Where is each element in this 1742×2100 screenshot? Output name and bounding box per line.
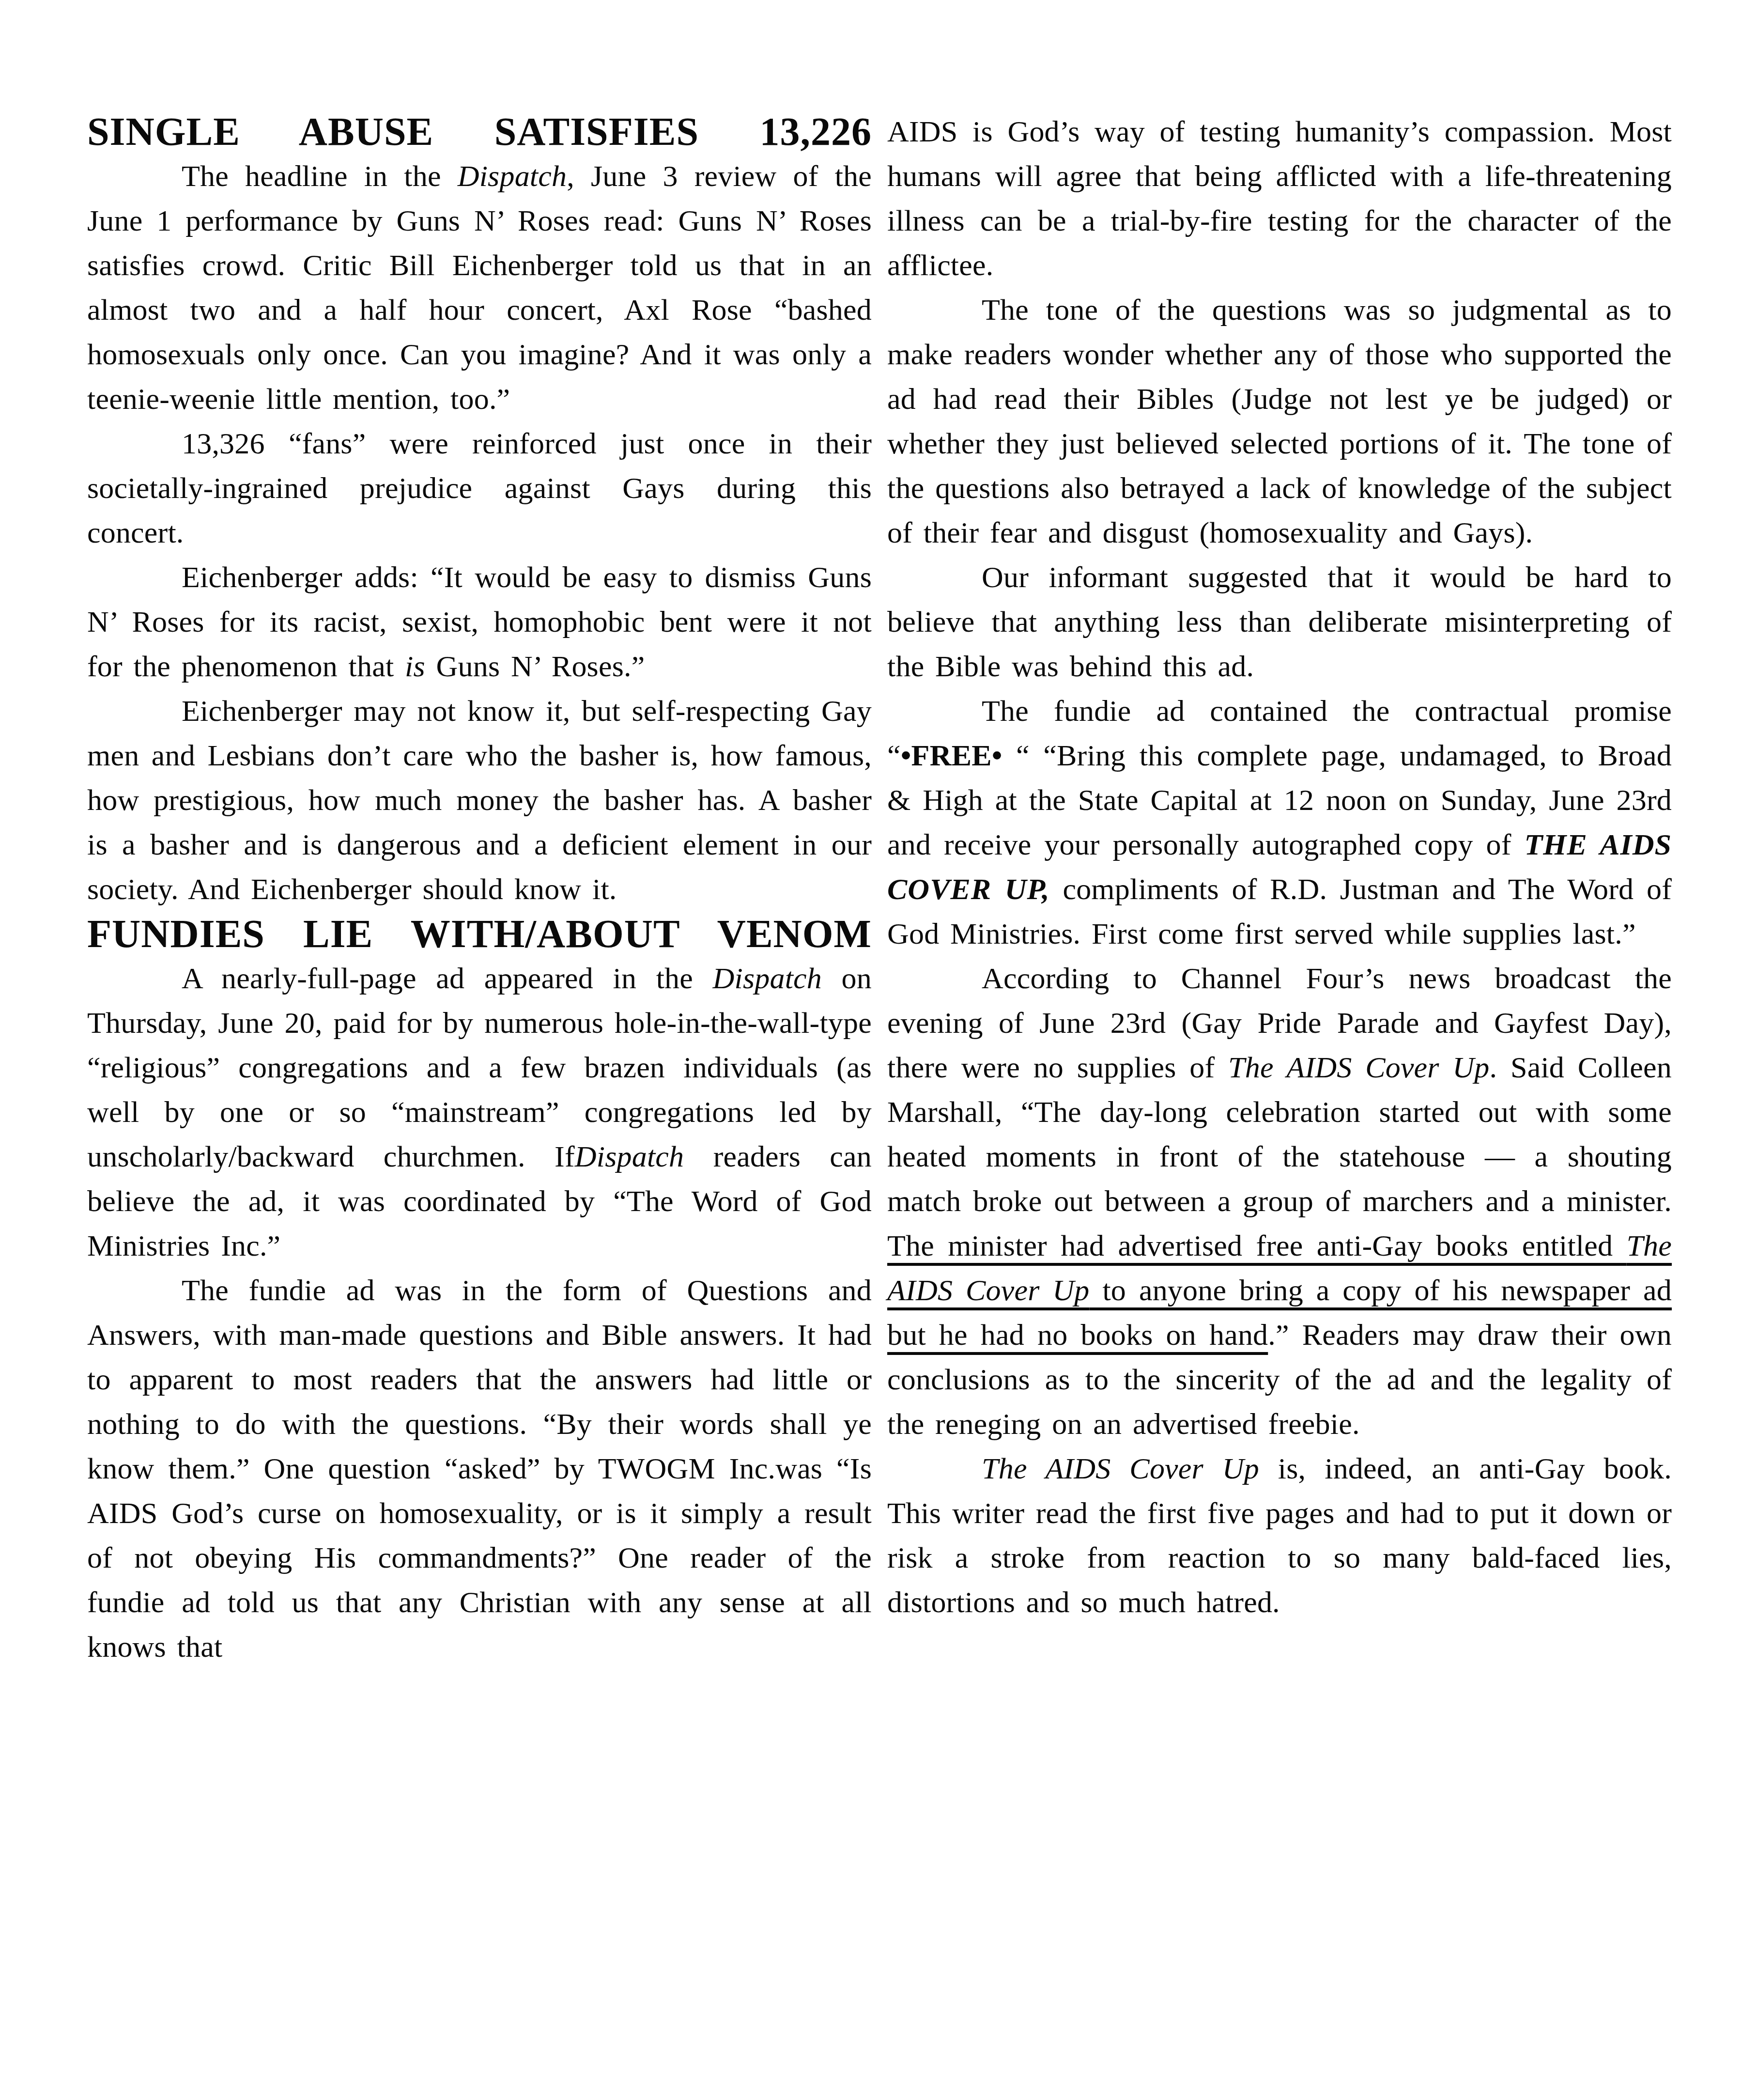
text-run: The AIDS Cover Up bbox=[1228, 1051, 1489, 1084]
text-run: Dispatch bbox=[458, 160, 567, 193]
text-run: The AIDS Cover Up bbox=[982, 1452, 1259, 1485]
newsletter-page: SINGLE ABUSE SATISFIES 13,226The headlin… bbox=[0, 0, 1742, 2100]
text-run: Our informant suggested that it would be… bbox=[887, 561, 1672, 683]
text-run: is bbox=[405, 650, 425, 683]
text-run: The tone of the questions was so judgmen… bbox=[887, 294, 1672, 549]
para-fans-reinforced: 13,326 “fans” were reinforced just once … bbox=[87, 421, 872, 555]
left-column: SINGLE ABUSE SATISFIES 13,226The headlin… bbox=[87, 109, 872, 1669]
text-run: A nearly-full-page ad appeared in the bbox=[182, 962, 713, 995]
para-dispatch-review: The headline in the Dispatch, June 3 rev… bbox=[87, 154, 872, 421]
para-tone-judgmental: The tone of the questions was so judgmen… bbox=[887, 288, 1672, 555]
para-basher: Eichenberger may not know it, but self-r… bbox=[87, 689, 872, 912]
text-run: The headline in the bbox=[182, 160, 458, 193]
text-run: Dispatch bbox=[713, 962, 822, 995]
para-eichenberger-adds: Eichenberger adds: “It would be easy to … bbox=[87, 555, 872, 689]
headline-fundies-lie: FUNDIES LIE WITH/ABOUT VENOM bbox=[87, 912, 872, 956]
text-run: •FREE• bbox=[901, 739, 1002, 772]
text-run: Guns N’ Roses.” bbox=[425, 650, 645, 683]
text-run: FUNDIES LIE WITH/ABOUT VENOM bbox=[87, 912, 872, 956]
para-aids-testing: AIDS is God’s way of testing humanity’s … bbox=[887, 109, 1672, 288]
para-questions-answers: The fundie ad was in the form of Questio… bbox=[87, 1268, 872, 1669]
text-run: Dispatch bbox=[575, 1140, 684, 1173]
text-run: The minister had advertised free anti-Ga… bbox=[887, 1229, 1626, 1262]
text-run: 13,326 “fans” were reinforced just once … bbox=[87, 427, 872, 549]
para-contractual-promise: The fundie ad contained the contractual … bbox=[887, 689, 1672, 956]
right-column: AIDS is God’s way of testing humanity’s … bbox=[887, 109, 1672, 1669]
headline-single-abuse: SINGLE ABUSE SATISFIES 13,226 bbox=[87, 109, 872, 154]
text-run: Eichenberger may not know it, but self-r… bbox=[87, 695, 872, 906]
para-informant: Our informant suggested that it would be… bbox=[887, 555, 1672, 689]
text-run: The fundie ad was in the form of Questio… bbox=[87, 1274, 872, 1664]
text-run: SINGLE ABUSE SATISFIES 13,226 bbox=[87, 109, 872, 154]
para-fundie-ad: A nearly-full-page ad appeared in the Di… bbox=[87, 956, 872, 1268]
text-run: AIDS is God’s way of testing humanity’s … bbox=[887, 115, 1672, 282]
para-anti-gay-book: The AIDS Cover Up is, indeed, an anti-Ga… bbox=[887, 1447, 1672, 1625]
para-channel-four: According to Channel Four’s news broadca… bbox=[887, 956, 1672, 1447]
two-column-text-block: SINGLE ABUSE SATISFIES 13,226The headlin… bbox=[87, 109, 1672, 1669]
text-run: , June 3 review of the June 1 performanc… bbox=[87, 160, 872, 416]
